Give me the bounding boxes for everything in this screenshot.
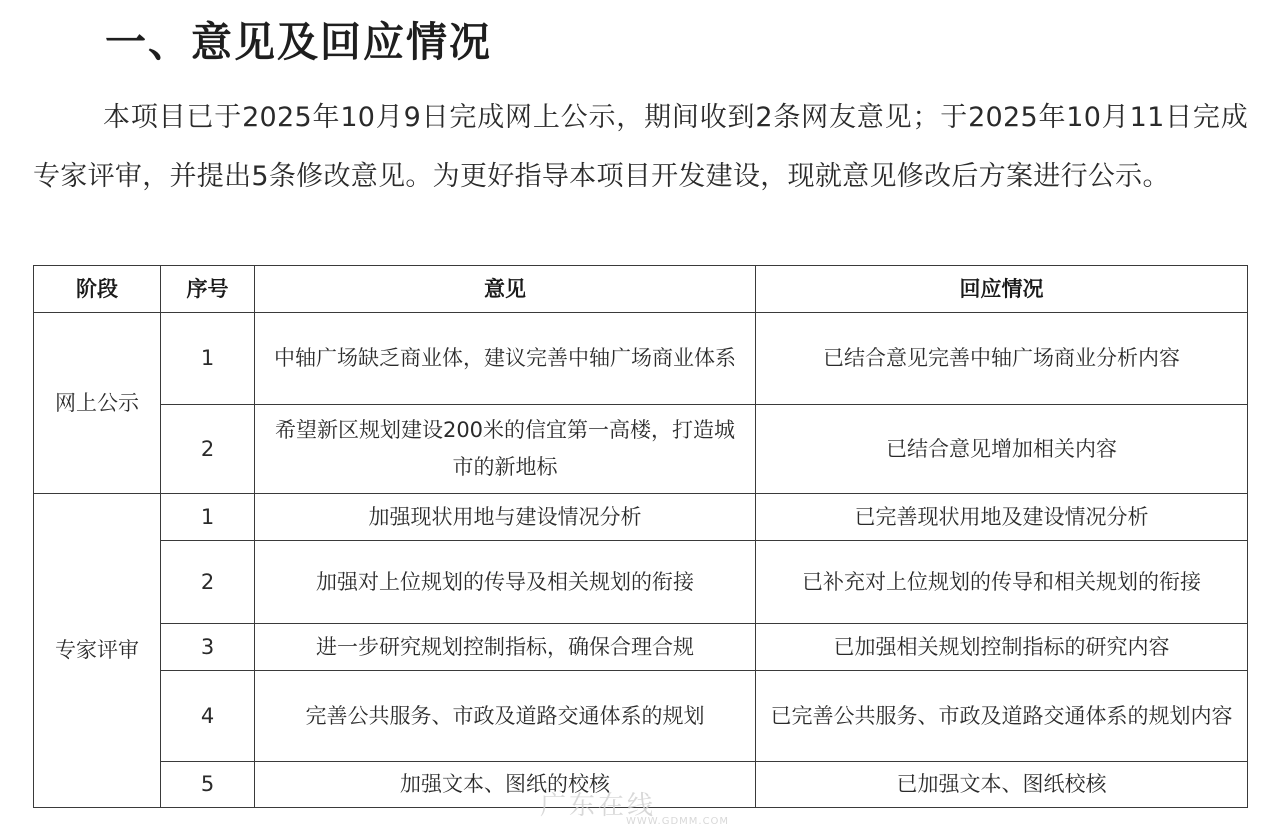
response-cell: 已完善公共服务、市政及道路交通体系的规划内容 <box>756 671 1248 762</box>
watermark: 广东在线 WWW.GDMM.COM <box>540 785 729 827</box>
stage-cell: 网上公示 <box>34 313 161 494</box>
opinion-cell: 中轴广场缺乏商业体，建议完善中轴广场商业体系 <box>255 313 756 405</box>
opinion-cell: 加强现状用地与建设情况分析 <box>255 494 756 541</box>
header-response: 回应情况 <box>756 266 1248 313</box>
table-row: 2 加强对上位规划的传导及相关规划的衔接 已补充对上位规划的传导和相关规划的衔接 <box>34 541 1248 624</box>
opinion-response-table: 阶段 序号 意见 回应情况 网上公示 1 中轴广场缺乏商业体，建议完善中轴广场商… <box>33 265 1248 808</box>
response-cell: 已加强文本、图纸校核 <box>756 762 1248 808</box>
table-row: 3 进一步研究规划控制指标，确保合理合规 已加强相关规划控制指标的研究内容 <box>34 624 1248 671</box>
number-cell: 3 <box>161 624 255 671</box>
number-cell: 5 <box>161 762 255 808</box>
table-row: 网上公示 1 中轴广场缺乏商业体，建议完善中轴广场商业体系 已结合意见完善中轴广… <box>34 313 1248 405</box>
stage-cell: 专家评审 <box>34 494 161 808</box>
table-row: 专家评审 1 加强现状用地与建设情况分析 已完善现状用地及建设情况分析 <box>34 494 1248 541</box>
response-cell: 已补充对上位规划的传导和相关规划的衔接 <box>756 541 1248 624</box>
number-cell: 2 <box>161 541 255 624</box>
header-opinion: 意见 <box>255 266 756 313</box>
number-cell: 1 <box>161 313 255 405</box>
response-cell: 已完善现状用地及建设情况分析 <box>756 494 1248 541</box>
number-cell: 2 <box>161 405 255 494</box>
opinion-cell: 加强对上位规划的传导及相关规划的衔接 <box>255 541 756 624</box>
opinion-cell: 希望新区规划建设200米的信宜第一高楼，打造城市的新地标 <box>255 405 756 494</box>
response-cell: 已加强相关规划控制指标的研究内容 <box>756 624 1248 671</box>
watermark-url: WWW.GDMM.COM <box>626 816 729 827</box>
number-cell: 1 <box>161 494 255 541</box>
opinion-cell: 完善公共服务、市政及道路交通体系的规划 <box>255 671 756 762</box>
table-row: 2 希望新区规划建设200米的信宜第一高楼，打造城市的新地标 已结合意见增加相关… <box>34 405 1248 494</box>
response-cell: 已结合意见增加相关内容 <box>756 405 1248 494</box>
opinion-cell: 进一步研究规划控制指标，确保合理合规 <box>255 624 756 671</box>
intro-paragraph: 本项目已于2025年10月9日完成网上公示，期间收到2条网友意见；于2025年1… <box>33 88 1248 206</box>
response-cell: 已结合意见完善中轴广场商业分析内容 <box>756 313 1248 405</box>
header-number: 序号 <box>161 266 255 313</box>
header-stage: 阶段 <box>34 266 161 313</box>
section-heading: 一、意见及回应情况 <box>105 14 492 70</box>
table-header-row: 阶段 序号 意见 回应情况 <box>34 266 1248 313</box>
number-cell: 4 <box>161 671 255 762</box>
table-row: 4 完善公共服务、市政及道路交通体系的规划 已完善公共服务、市政及道路交通体系的… <box>34 671 1248 762</box>
